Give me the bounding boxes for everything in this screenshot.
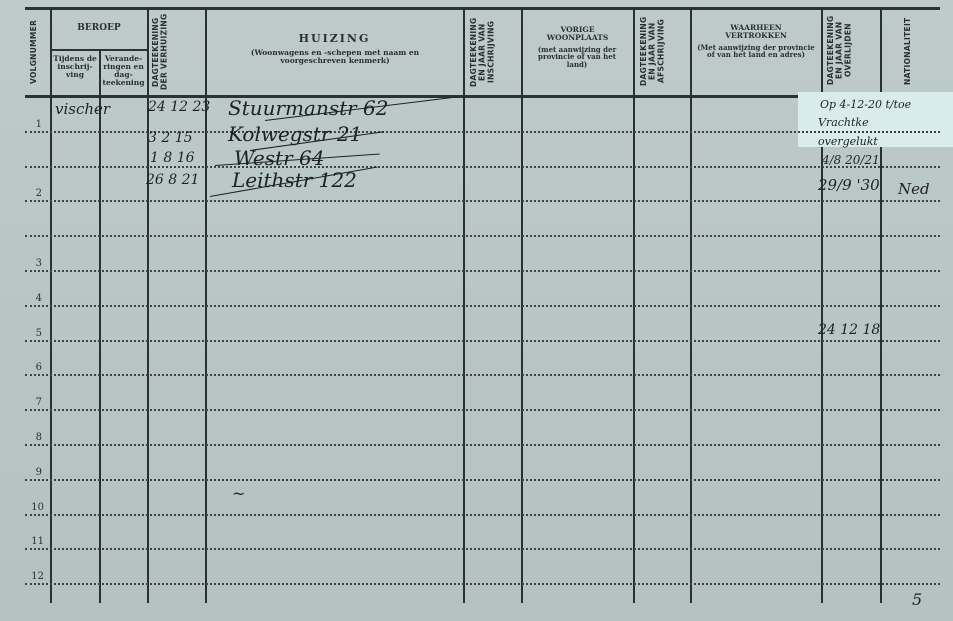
- register-card: VOLGNUMMER BEROEP Tijdens de inschrij-vi…: [0, 0, 953, 621]
- top-border: [25, 7, 940, 10]
- row-number: 4: [12, 293, 42, 304]
- header-nationaliteit: NATIONALITEIT: [904, 12, 916, 90]
- header-dagteekening-verhuizing: DAGTEEKENING DER VERHUIZING: [152, 12, 200, 92]
- header-waarheen-vertrokken: WAARHEEN VERTROKKEN: [700, 24, 812, 40]
- row-line: [25, 305, 940, 307]
- header-huizing-sub: (Woonwagens en -schepen met naam en voor…: [240, 49, 430, 65]
- entry-overlijden-note: 29/9 '30: [818, 176, 880, 194]
- row-line: [25, 235, 940, 237]
- row-number: 2: [12, 188, 42, 199]
- header-dagteekening-overlijden: DAGTEEKENING EN JAAR VAN OVERLIJDEN: [827, 8, 873, 92]
- row-line: [25, 479, 940, 481]
- row-line: [25, 200, 940, 202]
- row-number: 9: [12, 467, 42, 478]
- header-vorige-woonplaats: VORIGE WOONPLAATS: [530, 26, 625, 42]
- row-line: [25, 548, 940, 550]
- header-vorige-sub: (met aanwijzing der provincie of van het…: [528, 46, 626, 68]
- entry-date: 26 8 21: [146, 172, 199, 188]
- header-huizing: HUIZING: [206, 33, 463, 45]
- header-beroep-veranderingen: Verande-ringen en dag-teekening: [100, 55, 147, 87]
- page-mark: 5: [912, 590, 922, 609]
- row-number: 12: [14, 571, 44, 582]
- row-number: 10: [14, 502, 44, 513]
- row-number: 6: [12, 362, 42, 373]
- row-line: [25, 340, 940, 342]
- entry-address: Kolwegstr 21: [228, 122, 362, 146]
- entry-date: 3 2 15: [148, 130, 193, 146]
- row-number: 11: [14, 536, 44, 547]
- row-line: [25, 409, 940, 411]
- header-waarheen-sub: (Met aanwijzing der provincie of van het…: [696, 44, 816, 59]
- row-number: 8: [12, 432, 42, 443]
- entry-overlijden-note: Vrachtke: [818, 116, 869, 129]
- row-number: 5: [12, 328, 42, 339]
- entry-date: 1 8 16: [150, 150, 195, 166]
- entry-date: 24 12 23: [148, 99, 210, 115]
- entry-overlijden-note: overgelukt: [818, 135, 878, 148]
- row-line: [25, 583, 940, 585]
- row-line: [25, 514, 940, 516]
- row-number: 3: [12, 258, 42, 269]
- header-beroep: BEROEP: [51, 24, 147, 33]
- entry-beroep: vischer: [55, 100, 110, 118]
- row-number: 7: [12, 397, 42, 408]
- row-line: [25, 166, 940, 168]
- entry-overlijden-note: 4/8 20/21: [822, 153, 880, 167]
- entry-overlijden-note: Op 4-12-20 t/toe: [820, 98, 911, 111]
- beroep-divider: [50, 49, 147, 51]
- header-beroep-tijdens: Tijdens de inschrij-ving: [52, 55, 98, 79]
- row-line: [25, 444, 940, 446]
- squiggle-mark: ~: [232, 484, 245, 503]
- header-dagteekening-inschrijving: DAGTEEKENING EN JAAR VAN INSCHRIJVING: [470, 12, 514, 92]
- header-dagteekening-afschrijving: DAGTEEKENING EN JAAR VAN AFSCHRIJVING: [640, 10, 684, 92]
- entry-nationaliteit: Ned: [898, 180, 930, 198]
- row-line: [25, 270, 940, 272]
- row-line: [25, 374, 940, 376]
- entry-overlijden-date: 24 12 18: [818, 322, 880, 338]
- row-number: 1: [12, 119, 42, 130]
- header-volgnummer: VOLGNUMMER: [30, 14, 42, 90]
